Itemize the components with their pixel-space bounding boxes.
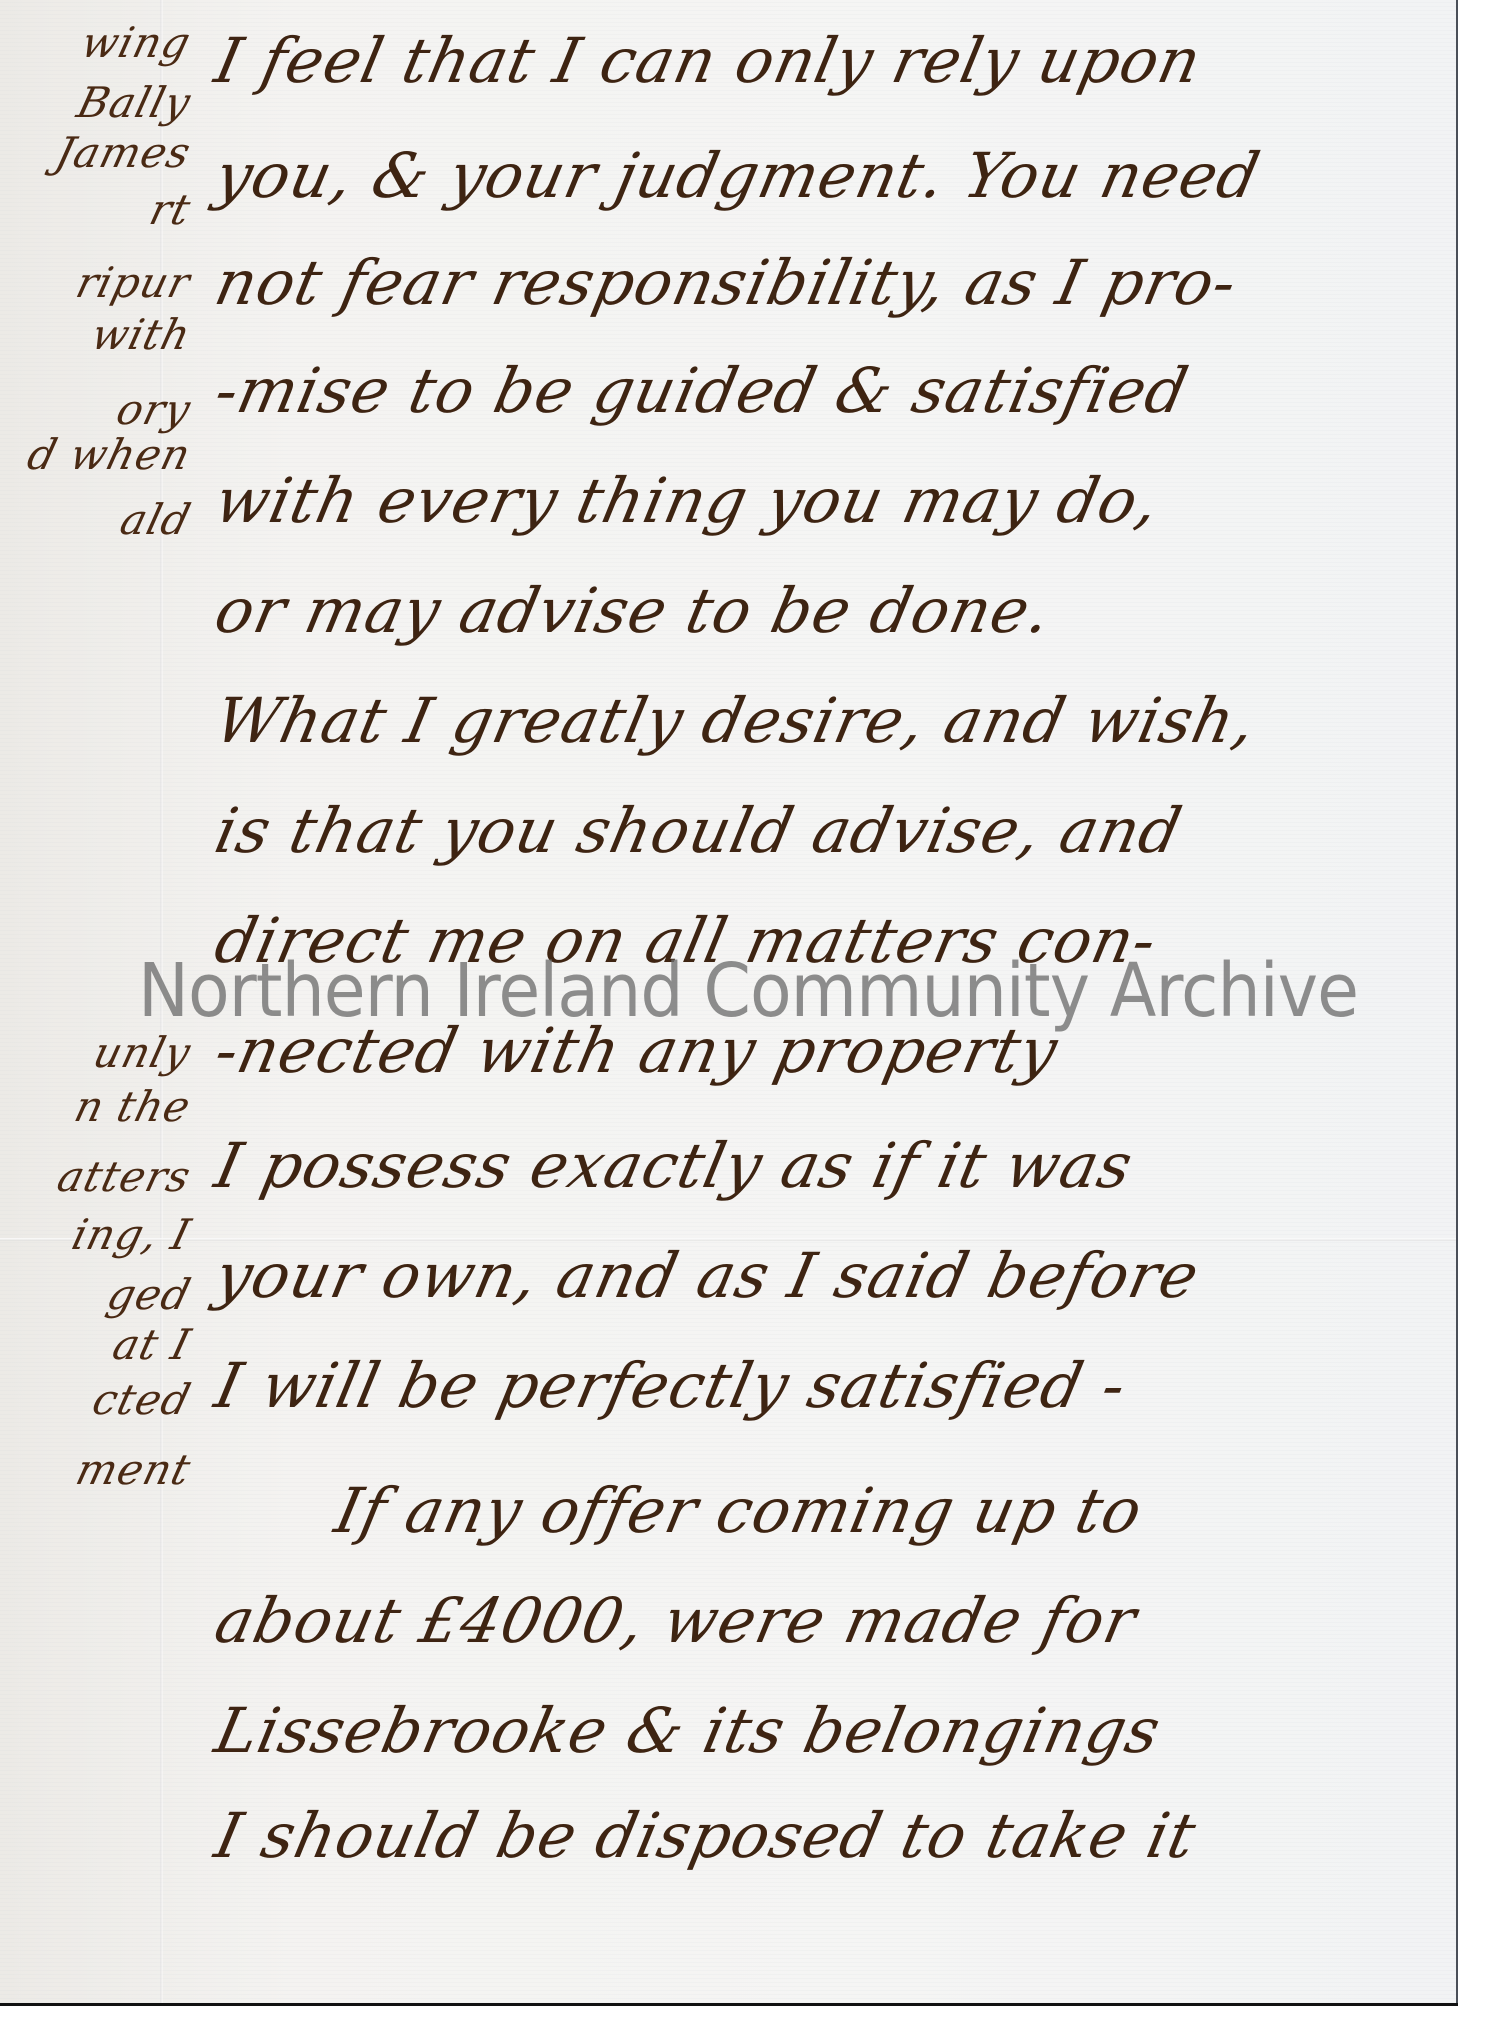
margin-fragment: unly bbox=[0, 1028, 196, 1077]
margin-fragment: cted bbox=[0, 1375, 196, 1424]
margin-fragment: atters bbox=[0, 1152, 196, 1201]
letter-line: is that you should advise, and bbox=[210, 800, 1453, 862]
margin-fragment: James bbox=[0, 128, 196, 177]
letter-line: you, & your judgment. You need bbox=[210, 145, 1453, 207]
margin-fragment: ged bbox=[0, 1270, 196, 1319]
letter-line: I feel that I can only rely upon bbox=[210, 30, 1453, 92]
letter-line: your own, and as I said before bbox=[210, 1245, 1453, 1307]
letter-line: about £4000, were made for bbox=[210, 1590, 1453, 1652]
margin-fragment: ing, I bbox=[0, 1210, 196, 1259]
letter-line: I will be perfectly satisfied - bbox=[210, 1355, 1453, 1417]
letter-line: not fear responsibility, as I pro- bbox=[210, 252, 1453, 314]
margin-fragment: ripur bbox=[0, 258, 196, 307]
letter-line: If any offer coming up to bbox=[330, 1480, 1453, 1542]
letter-line: Lissebrooke & its belongings bbox=[210, 1700, 1453, 1762]
margin-fragment: Bally bbox=[0, 78, 196, 127]
margin-fragment: ald bbox=[0, 495, 196, 544]
letter-page: wing Bally James rt ripur with ory d whe… bbox=[0, 0, 1458, 2003]
margin-fragment: ory bbox=[0, 385, 196, 434]
letter-line: I should be disposed to take it bbox=[210, 1805, 1453, 1867]
margin-fragment: at I bbox=[0, 1320, 196, 1369]
letter-line: with every thing you may do, bbox=[210, 470, 1453, 532]
letter-line: I possess exactly as if it was bbox=[210, 1135, 1453, 1197]
margin-fragment: d when bbox=[0, 430, 196, 479]
letter-line: -mise to be guided & satisfied bbox=[210, 360, 1453, 422]
margin-fragment: wing bbox=[0, 18, 196, 67]
archive-watermark: Northern Ireland Community Archive bbox=[138, 948, 1224, 1034]
margin-fragment: rt bbox=[0, 185, 196, 234]
margin-fragment: ment bbox=[0, 1445, 196, 1494]
letter-line: What I greatly desire, and wish, bbox=[210, 690, 1453, 752]
letter-line: or may advise to be done. bbox=[210, 580, 1453, 642]
margin-fragment: n the bbox=[0, 1082, 196, 1131]
margin-fragment: with bbox=[0, 310, 196, 359]
